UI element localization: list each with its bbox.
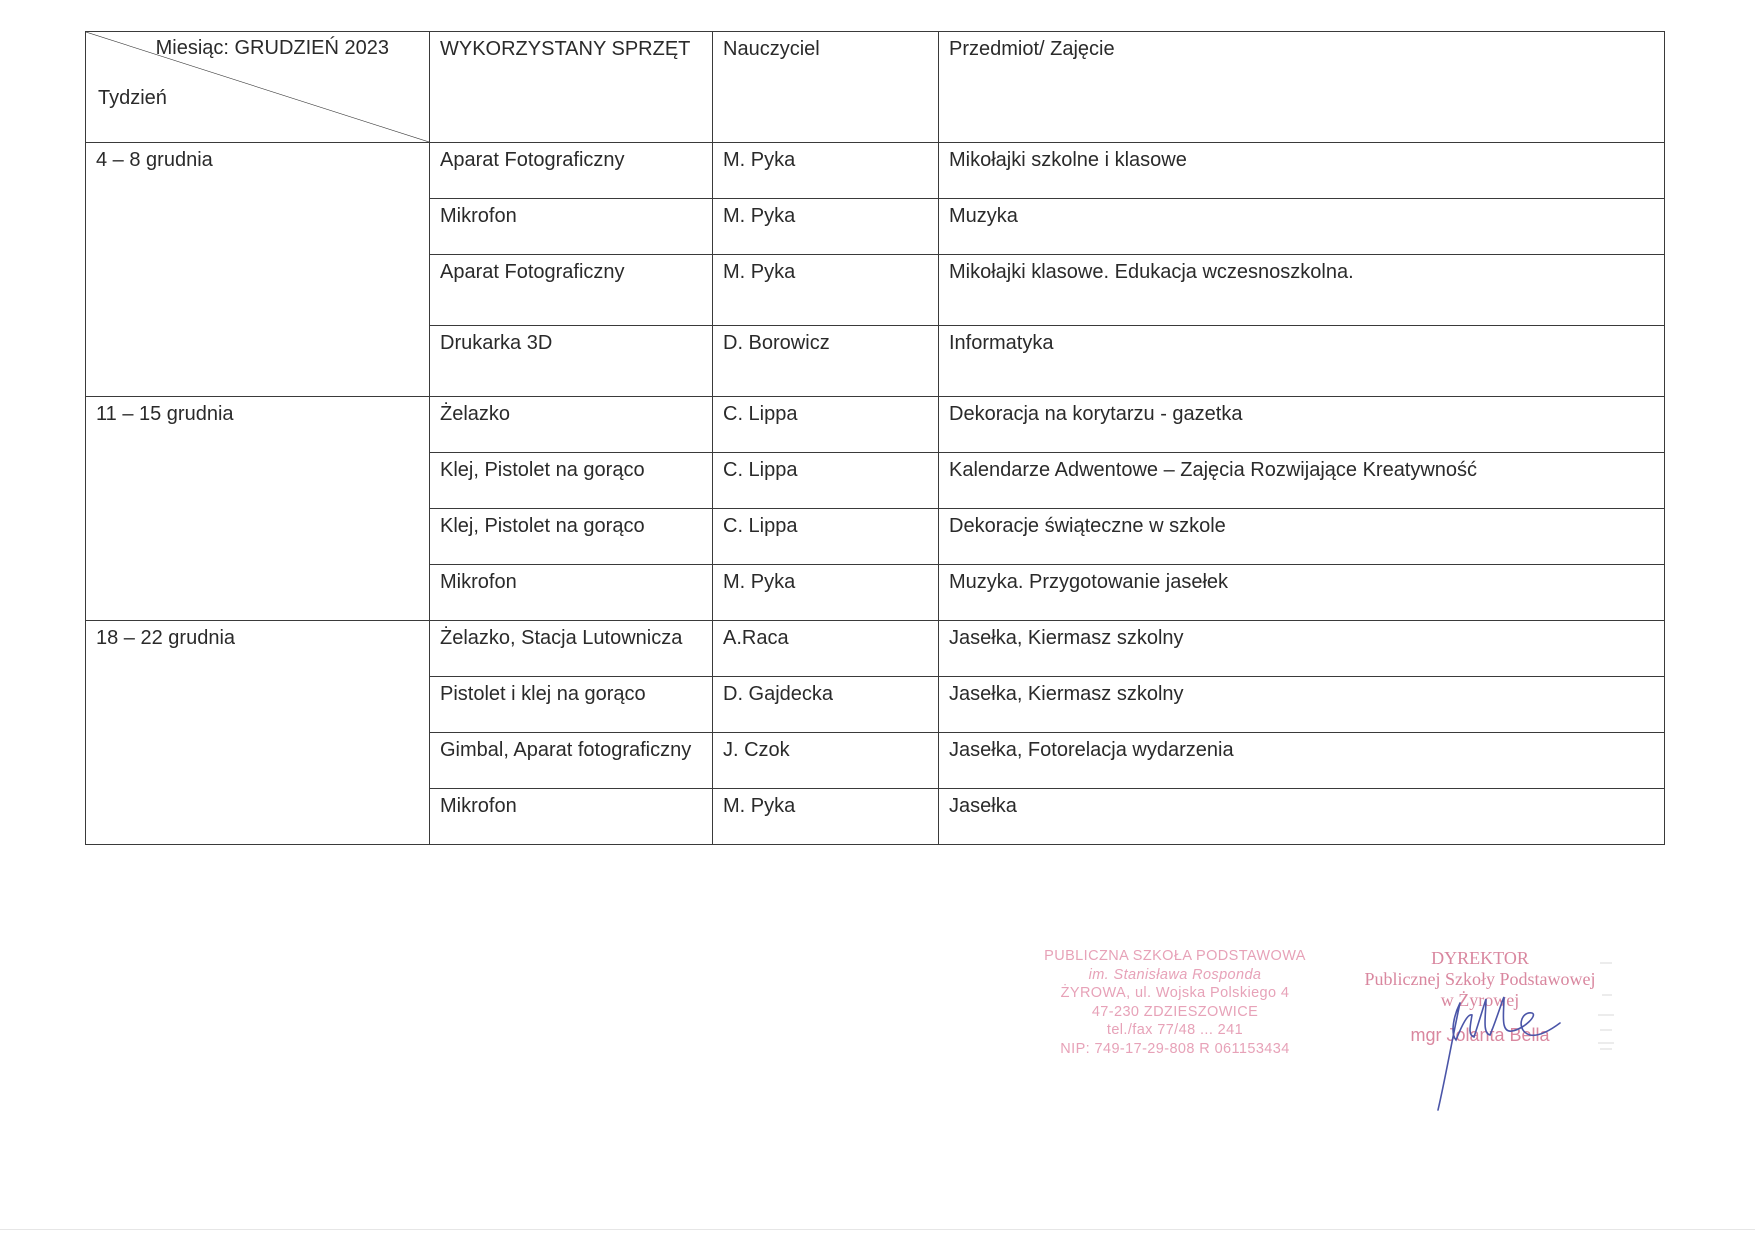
week-cell: 18 – 22 grudnia [86, 621, 430, 845]
subject-cell: Jasełka [939, 789, 1665, 845]
school-stamp: PUBLICZNA SZKOŁA PODSTAWOWA im. Stanisła… [1030, 947, 1320, 1058]
equipment-cell: Drukarka 3D [430, 326, 713, 397]
subject-cell: Muzyka [939, 199, 1665, 255]
subject-cell: Jasełka, Kiermasz szkolny [939, 621, 1665, 677]
subject-cell: Muzyka. Przygotowanie jasełek [939, 565, 1665, 621]
teacher-cell: D. Gajdecka [713, 677, 939, 733]
stamp-line: PUBLICZNA SZKOŁA PODSTAWOWA [1030, 947, 1320, 966]
table-header-row: Miesiąc: GRUDZIEŃ 2023 Tydzień WYKORZYST… [86, 32, 1665, 143]
subject-cell: Mikołajki szkolne i klasowe [939, 143, 1665, 199]
teacher-cell: M. Pyka [713, 789, 939, 845]
equipment-schedule-table: Miesiąc: GRUDZIEŃ 2023 Tydzień WYKORZYST… [85, 31, 1665, 845]
teacher-cell: M. Pyka [713, 199, 939, 255]
month-label: Miesiąc: GRUDZIEŃ 2023 [156, 37, 389, 60]
header-equipment: WYKORZYSTANY SPRZĘT [430, 32, 713, 143]
header-teacher: Nauczyciel [713, 32, 939, 143]
equipment-cell: Aparat Fotograficzny [430, 255, 713, 326]
week-cell: 11 – 15 grudnia [86, 397, 430, 621]
subject-cell: Informatyka [939, 326, 1665, 397]
subject-cell: Jasełka, Fotorelacja wydarzenia [939, 733, 1665, 789]
subject-cell: Dekoracja na korytarzu - gazetka [939, 397, 1665, 453]
table-row: 18 – 22 grudniaŻelazko, Stacja Lutownicz… [86, 621, 1665, 677]
teacher-cell: M. Pyka [713, 255, 939, 326]
stamp-line: tel./fax 77/48 ... 241 [1030, 1021, 1320, 1040]
equipment-cell: Mikrofon [430, 565, 713, 621]
equipment-cell: Mikrofon [430, 789, 713, 845]
teacher-cell: M. Pyka [713, 143, 939, 199]
corner-header-cell: Miesiąc: GRUDZIEŃ 2023 Tydzień [86, 32, 430, 143]
subject-cell: Dekoracje świąteczne w szkole [939, 509, 1665, 565]
equipment-cell: Żelazko [430, 397, 713, 453]
subject-cell: Jasełka, Kiermasz szkolny [939, 677, 1665, 733]
week-cell: 4 – 8 grudnia [86, 143, 430, 397]
table-row: 4 – 8 grudniaAparat FotograficznyM. Pyka… [86, 143, 1665, 199]
page-bottom-edge [0, 1229, 1755, 1230]
stamp-line: NIP: 749-17-29-808 R 061153434 [1030, 1040, 1320, 1059]
teacher-cell: C. Lippa [713, 397, 939, 453]
equipment-cell: Aparat Fotograficzny [430, 143, 713, 199]
table-body: 4 – 8 grudniaAparat FotograficznyM. Pyka… [86, 143, 1665, 845]
stamp-line: im. Stanisława Rosponda [1030, 966, 1320, 985]
stamp-line: 47-230 ZDZIESZOWICE [1030, 1003, 1320, 1022]
header-subject: Przedmiot/ Zajęcie [939, 32, 1665, 143]
teacher-cell: D. Borowicz [713, 326, 939, 397]
subject-cell: Mikołajki klasowe. Edukacja wczesnoszkol… [939, 255, 1665, 326]
stamp-edge-marks [1596, 955, 1616, 1055]
signature-icon [1420, 985, 1580, 1115]
week-label: Tydzień [98, 87, 167, 110]
equipment-cell: Pistolet i klej na gorąco [430, 677, 713, 733]
table-row: 11 – 15 grudniaŻelazkoC. LippaDekoracja … [86, 397, 1665, 453]
equipment-cell: Mikrofon [430, 199, 713, 255]
subject-cell: Kalendarze Adwentowe – Zajęcia Rozwijają… [939, 453, 1665, 509]
document-page: Miesiąc: GRUDZIEŃ 2023 Tydzień WYKORZYST… [0, 0, 1755, 1240]
equipment-cell: Gimbal, Aparat fotograficzny [430, 733, 713, 789]
teacher-cell: J. Czok [713, 733, 939, 789]
equipment-cell: Klej, Pistolet na gorąco [430, 453, 713, 509]
equipment-cell: Klej, Pistolet na gorąco [430, 509, 713, 565]
stamp-line: ŻYROWA, ul. Wojska Polskiego 4 [1030, 984, 1320, 1003]
teacher-cell: M. Pyka [713, 565, 939, 621]
stamp-line: DYREKTOR [1335, 948, 1625, 969]
teacher-cell: C. Lippa [713, 453, 939, 509]
equipment-cell: Żelazko, Stacja Lutownicza [430, 621, 713, 677]
teacher-cell: C. Lippa [713, 509, 939, 565]
teacher-cell: A.Raca [713, 621, 939, 677]
